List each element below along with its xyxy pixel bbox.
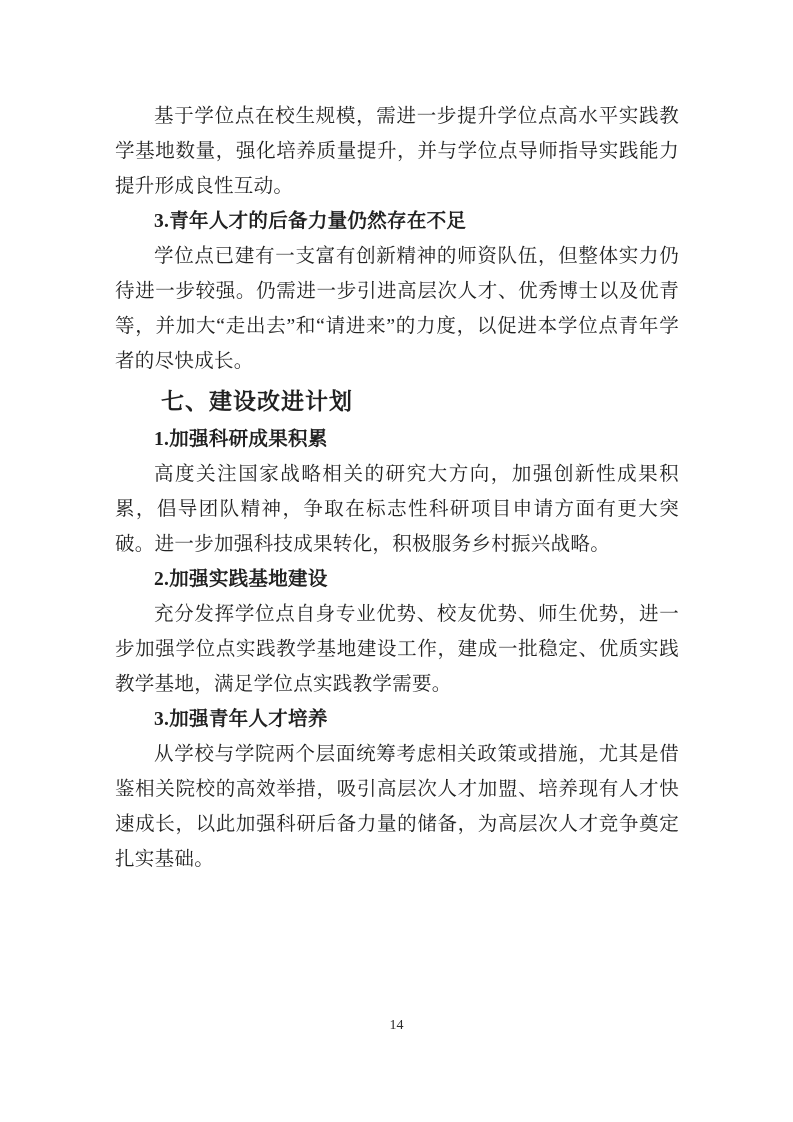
document-page: 基于学位点在校生规模，需进一步提升学位点高水平实践教学基地数量，强化培养质量提升… [0,0,793,1122]
paragraph: 学位点已建有一支富有创新精神的师资队伍，但整体实力仍待进一步较强。仍需进一步引进… [115,239,679,379]
document-content: 基于学位点在校生规模，需进一步提升学位点高水平实践教学基地数量，强化培养质量提升… [115,99,679,877]
paragraph: 从学校与学院两个层面统筹考虑相关政策或措施，尤其是借鉴相关院校的高效举措，吸引高… [115,737,679,877]
paragraph: 充分发挥学位点自身专业优势、校友优势、师生优势，进一步加强学位点实践教学基地建设… [115,597,679,702]
subsection-heading: 1.加强科研成果积累 [115,422,679,457]
subsection-heading: 3.青年人才的后备力量仍然存在不足 [115,204,679,239]
paragraph: 高度关注国家战略相关的研究大方向，加强创新性成果积累，倡导团队精神，争取在标志性… [115,457,679,562]
paragraph: 基于学位点在校生规模，需进一步提升学位点高水平实践教学基地数量，强化培养质量提升… [115,99,679,204]
subsection-heading: 3.加强青年人才培养 [115,702,679,737]
section-heading: 七、建设改进计划 [115,382,679,420]
subsection-heading: 2.加强实践基地建设 [115,562,679,597]
page-number: 14 [0,1016,793,1036]
